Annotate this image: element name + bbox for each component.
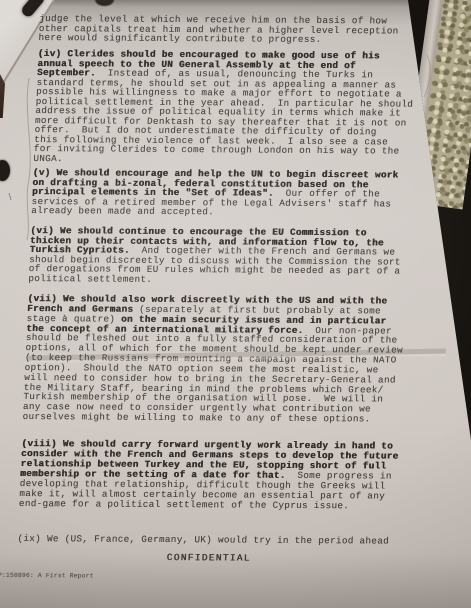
classification-marking: CONFIDENTIAL — [166, 552, 250, 564]
text-line: ourselves might be willing to make to an… — [22, 412, 400, 424]
text-line: (ix) We (US, France, Germany, UK) would … — [17, 534, 389, 546]
hole-punch-mark — [0, 160, 10, 181]
text-line: end-game for a political settlement of t… — [19, 499, 397, 512]
document-photo: judge the level at which we receive him … — [0, 0, 471, 608]
paragraph-point-v: (v) We should encourage and help the UN … — [31, 168, 399, 218]
text-line: for inviting Clerides to come through Lo… — [34, 144, 412, 156]
paragraph-point-vi: (vi) We should continue to encourage the… — [28, 226, 402, 286]
text-segment: (ix) We (US, France, Germany, UK) would … — [17, 533, 389, 547]
text-segment: here would significantly contribute to p… — [38, 32, 322, 45]
paragraph-point-vii: (vii) We should also work discreetly wit… — [22, 294, 405, 425]
text-segment: already been made and accepted. — [31, 205, 214, 217]
text-segment: end-game for a political settlement of t… — [19, 498, 350, 511]
text-segment: political settlement. — [28, 272, 152, 284]
paragraph-point-viii: (viii) We should carry forward urgently … — [19, 439, 399, 512]
file-reference: P:150896: A First Report — [0, 572, 94, 580]
paragraph-point-iv: (iv) Clerides should be encouraged to ma… — [33, 49, 415, 166]
text-segment: ourselves might be willing to make to an… — [22, 411, 370, 424]
typed-page: judge the level at which we receive him … — [15, 0, 412, 608]
paragraph-intro: judge the level at which we receive him … — [38, 14, 399, 45]
paragraph-point-ix: (ix) We (US, France, Germany, UK) would … — [17, 534, 389, 546]
text-segment: UNGA. — [33, 152, 63, 163]
